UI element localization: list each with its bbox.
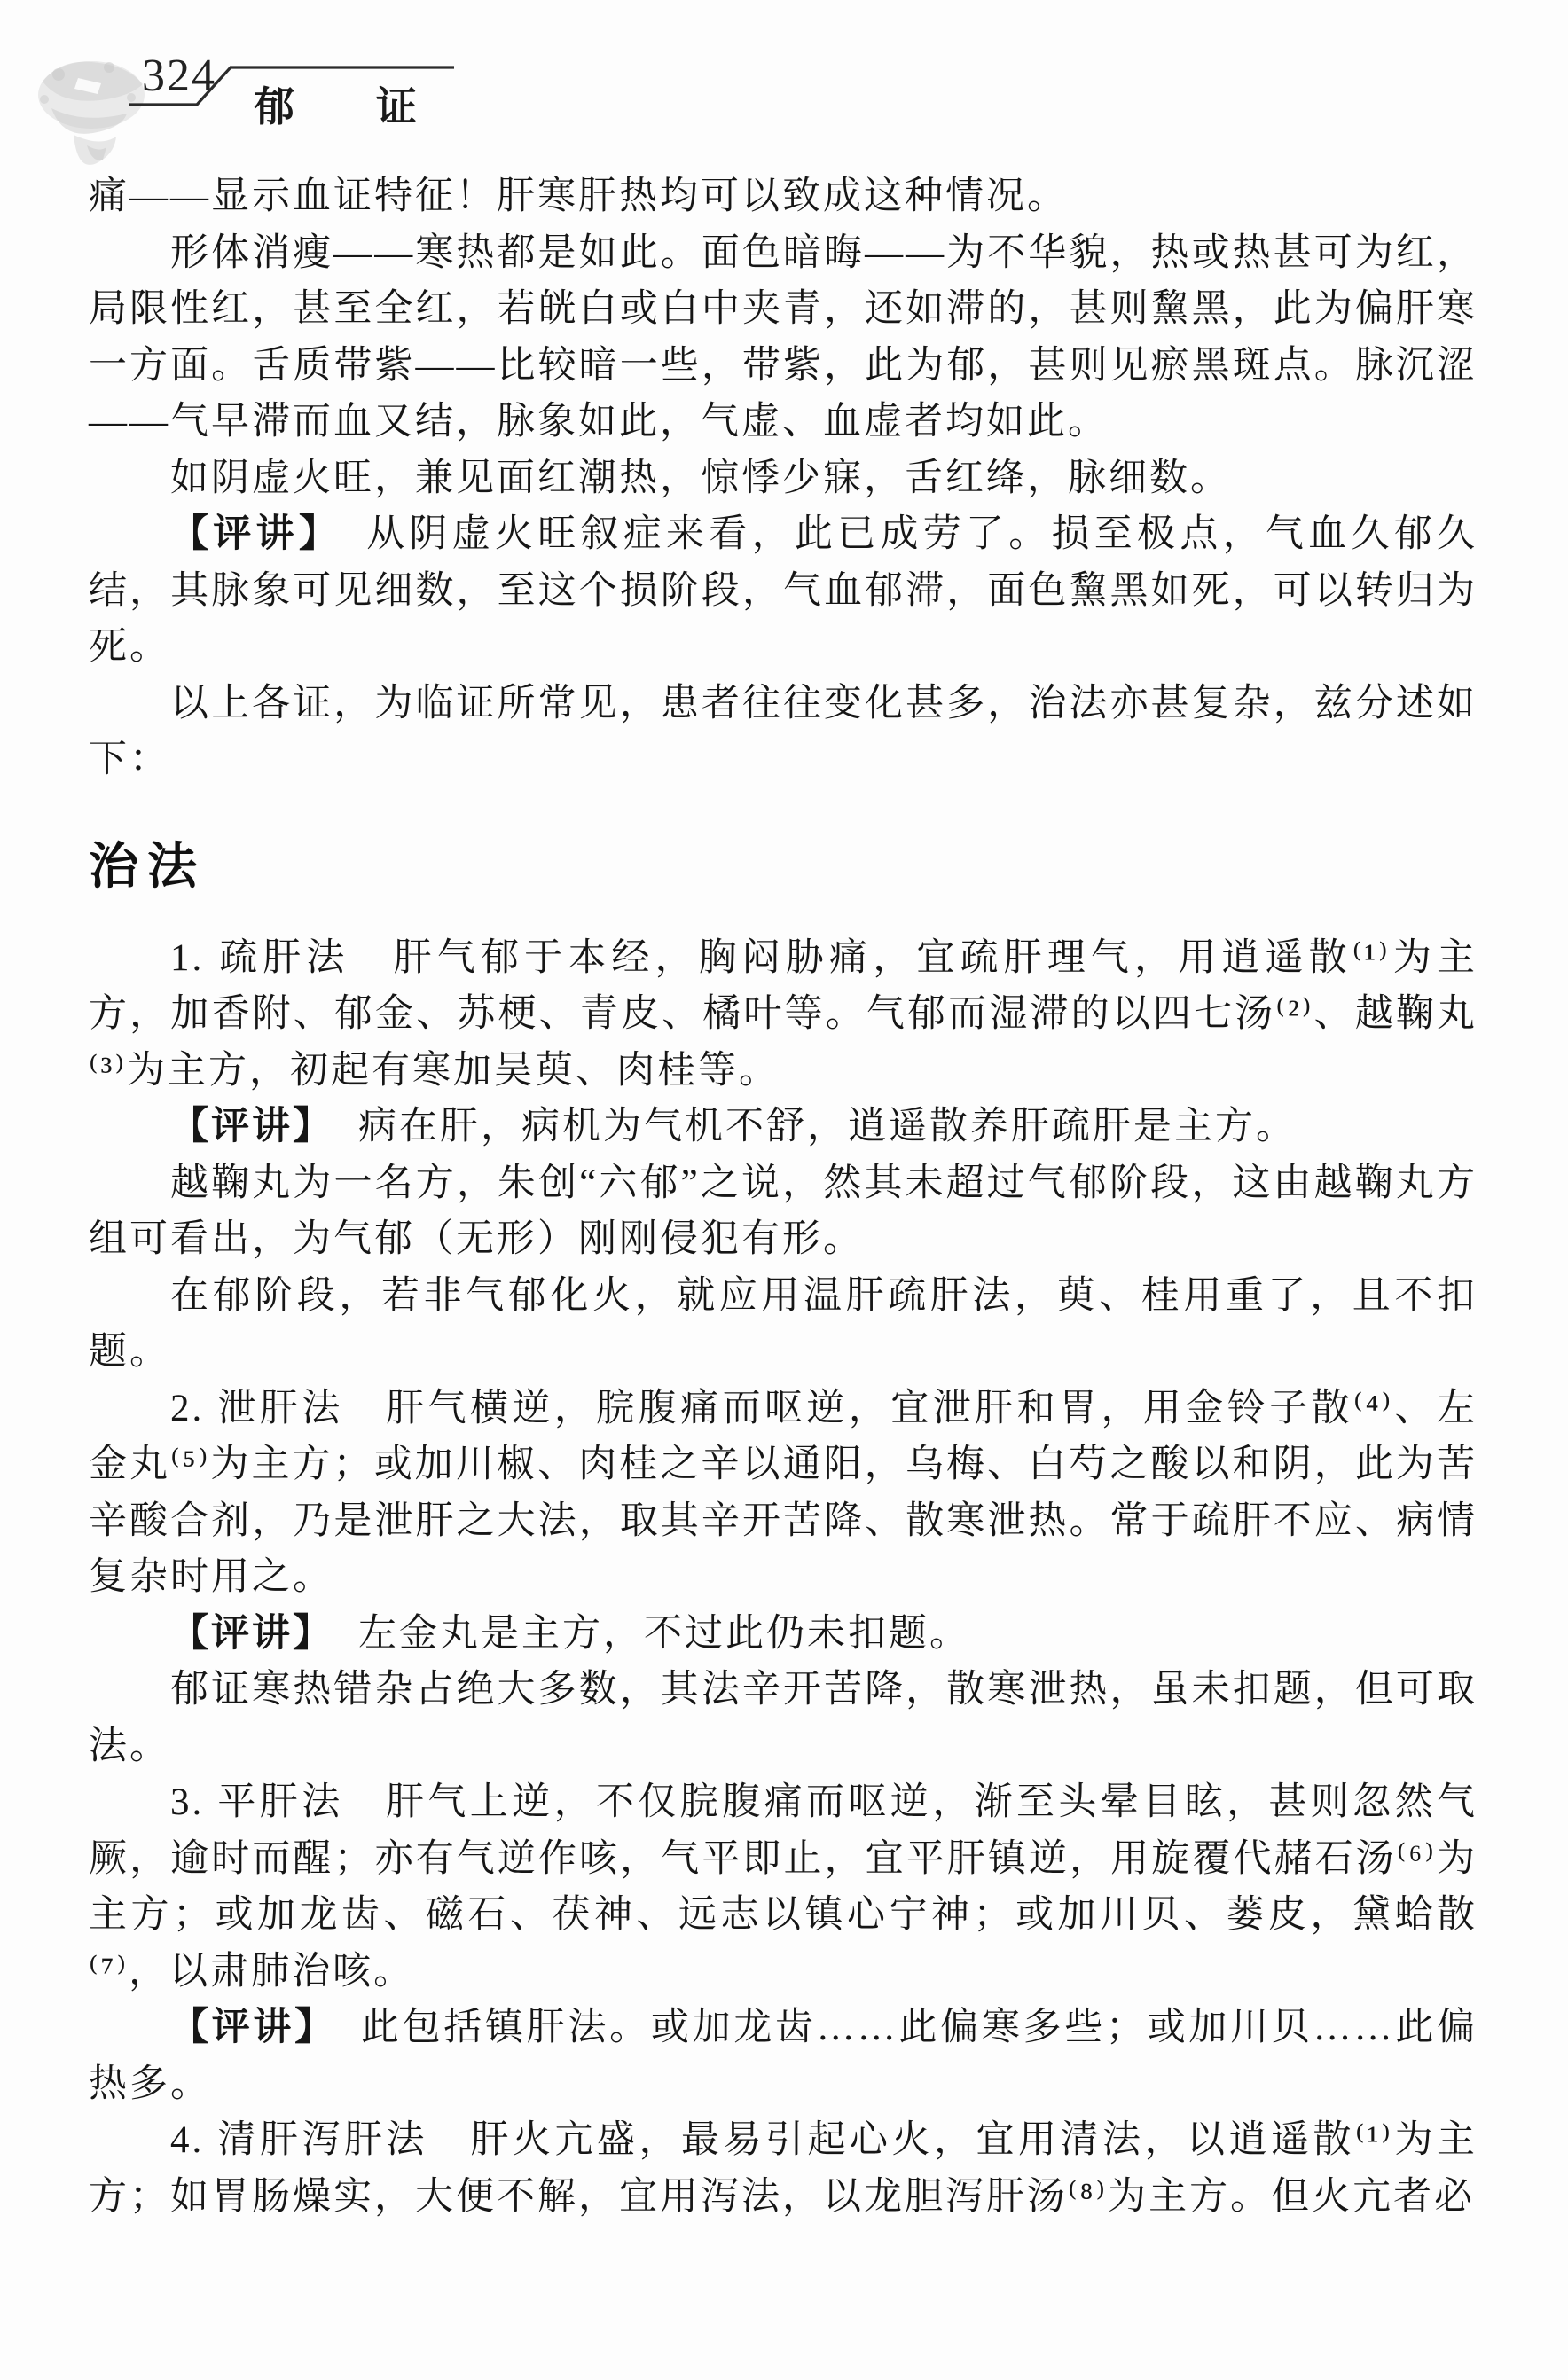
section-heading: 治法 (89, 836, 1478, 898)
body-text: 痛——显示血证特征！肝寒肝热均可以致成这种情况。形体消瘦——寒热都是如此。面色暗… (89, 168, 1478, 2225)
chapter-title: 郁 证 (254, 74, 417, 133)
paragraph: 以上各证，为临证所常见，患者往往变化甚多，治法亦甚复杂，兹分述如下： (89, 676, 1478, 788)
page-header: 324 郁 证 (0, 0, 1568, 168)
paragraph: 形体消瘦——寒热都是如此。面色暗晦——为不华貌，热或热甚可为红，局限性红，甚至全… (89, 225, 1478, 450)
comment-label: 【评讲】 (170, 2007, 336, 2048)
paragraph: 痛——显示血证特征！肝寒肝热均可以致成这种情况。 (89, 168, 1478, 225)
paragraph: 越鞠丸为一名方，朱创“六郁”之说，然其未超过气郁阶段，这由越鞠丸方组可看出，为气… (89, 1155, 1478, 1268)
paragraph: 【评讲】左金丸是主方，不过此仍未扣题。 (89, 1606, 1478, 1663)
paragraph: 3. 平肝法 肝气上逆，不仅脘腹痛而呕逆，渐至头晕目眩，甚则忽然气厥，逾时而醒；… (89, 1774, 1478, 2000)
comment-label: 【评讲】 (170, 513, 341, 555)
paragraph: 在郁阶段，若非气郁化火，就应用温肝疏肝法，萸、桂用重了，且不扣题。 (89, 1268, 1478, 1381)
comment-label: 【评讲】 (170, 1613, 333, 1655)
paragraph: 如阴虚火旺，兼见面红潮热，惊悸少寐，舌红绛，脉细数。 (89, 450, 1478, 507)
paragraph: 【评讲】从阴虚火旺叙症来看，此已成劳了。损至极点，气血久郁久结，其脉象可见细数，… (89, 506, 1478, 676)
paragraph: 【评讲】病在肝，病机为气机不舒，逍遥散养肝疏肝是主方。 (89, 1099, 1478, 1155)
book-page: 324 郁 证 痛——显示血证特征！肝寒肝热均可以致成这种情况。形体消瘦——寒热… (0, 0, 1568, 2380)
comment-label: 【评讲】 (170, 1106, 333, 1147)
paragraph: 【评讲】此包括镇肝法。或加龙齿……此偏寒多些；或加川贝……此偏热多。 (89, 2000, 1478, 2112)
paragraph: 1. 疏肝法 肝气郁于本经，胸闷胁痛，宜疏肝理气，用逍遥散⁽¹⁾为主方，加香附、… (89, 930, 1478, 1100)
paragraph: 4. 清肝泻肝法 肝火亢盛，最易引起心火，宜用清法，以逍遥散⁽¹⁾为主方；如胃肠… (89, 2112, 1478, 2225)
paragraph: 郁证寒热错杂占绝大多数，其法辛开苦降，散寒泄热，虽未扣题，但可取法。 (89, 1662, 1478, 1774)
paragraph: 2. 泄肝法 肝气横逆，脘腹痛而呕逆，宜泄肝和胃，用金铃子散⁽⁴⁾、左金丸⁽⁵⁾… (89, 1381, 1478, 1606)
